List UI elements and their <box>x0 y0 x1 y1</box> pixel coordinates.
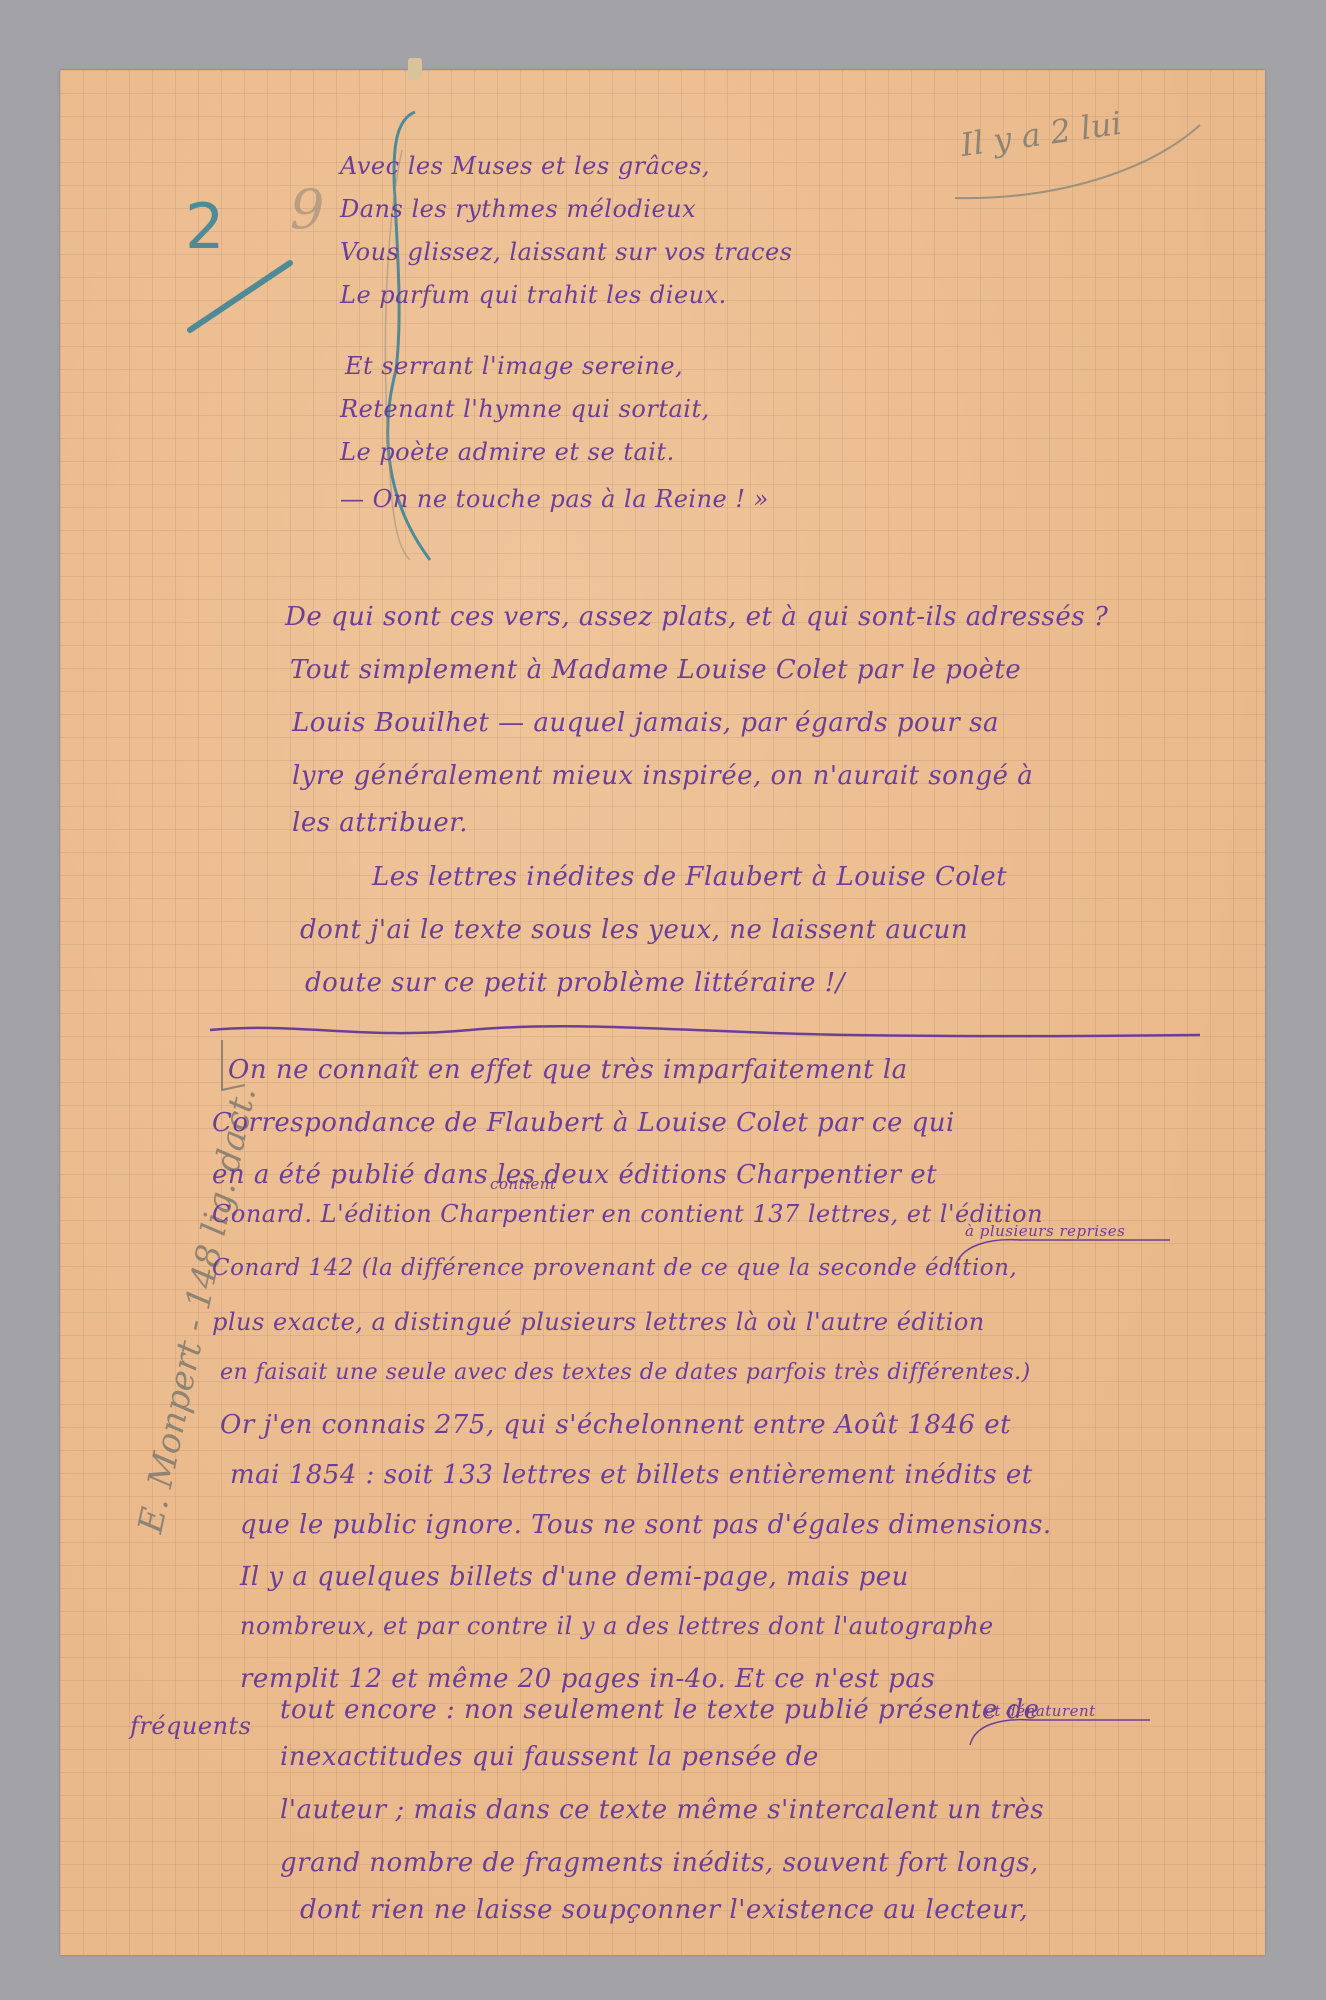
text-line: Or j'en connais 275, qui s'échelonnent e… <box>220 1410 1011 1440</box>
text-line: grand nombre de fragments inédits, souve… <box>280 1848 1039 1878</box>
poem-line: Avec les Muses et les grâces, <box>340 152 710 180</box>
poem-line: Retenant l'hymne qui sortait, <box>340 395 710 423</box>
text-line: en a été publié dans les deux éditions C… <box>212 1160 937 1190</box>
poem-line: Vous glissez, laissant sur vos traces <box>340 238 792 266</box>
text-line: On ne connaît en effet que très imparfai… <box>228 1055 908 1085</box>
text-line: Les lettres inédites de Flaubert à Louis… <box>372 862 1007 892</box>
text-line: Conard. L'édition Charpentier en contien… <box>212 1200 1043 1228</box>
text-line: nombreux, et par contre il y a des lettr… <box>240 1612 994 1640</box>
text-line: dont j'ai le texte sous les yeux, ne lai… <box>300 915 968 945</box>
text-line: inexactitudes qui faussent la pensée de <box>280 1742 819 1772</box>
text-line: plus exacte, a distingué plusieurs lettr… <box>212 1308 985 1336</box>
text-line: en faisait une seule avec des textes de … <box>220 1360 1031 1385</box>
separator-line <box>210 1026 1200 1036</box>
text-line: remplit 12 et même 20 pages in-4o. Et ce… <box>240 1664 935 1694</box>
text-line: l'auteur ; mais dans ce texte même s'int… <box>280 1795 1044 1825</box>
pencil-number: 9 <box>290 178 324 241</box>
text-line: tout encore : non seulement le texte pub… <box>280 1695 1040 1725</box>
folio-number: 2 <box>185 190 224 263</box>
text-line: dont rien ne laisse soupçonner l'existen… <box>300 1895 1028 1925</box>
text-line: Louis Bouilhet — auquel jamais, par égar… <box>292 708 999 738</box>
text-line: Conard 142 (la différence provenant de c… <box>212 1255 1017 1281</box>
poem-line: Le poète admire et se tait. <box>340 438 675 466</box>
text-line: Il y a quelques billets d'une demi-page,… <box>240 1562 909 1592</box>
text-line: les attribuer. <box>292 808 468 838</box>
text-line: Tout simplement à Madame Louise Colet pa… <box>290 655 1021 685</box>
text-line: que le public ignore. Tous ne sont pas d… <box>240 1510 1052 1540</box>
text-line: lyre généralement mieux inspirée, on n'a… <box>292 761 1033 791</box>
margin-addition: fréquents <box>130 1712 252 1740</box>
poem-line: Et serrant l'image sereine, <box>345 352 683 380</box>
text-line: doute sur ce petit problème littéraire !… <box>305 968 845 998</box>
text-line: De qui sont ces vers, assez plats, et à … <box>285 602 1108 632</box>
poem-line: Le parfum qui trahit les dieux. <box>340 281 727 309</box>
text-line: mai 1854 : soit 133 lettres et billets e… <box>230 1460 1033 1490</box>
poem-line: Dans les rythmes mélodieux <box>340 195 696 223</box>
text-line: Correspondance de Flaubert à Louise Cole… <box>212 1108 955 1138</box>
poem-line: — On ne touche pas à la Reine ! » <box>340 485 769 513</box>
